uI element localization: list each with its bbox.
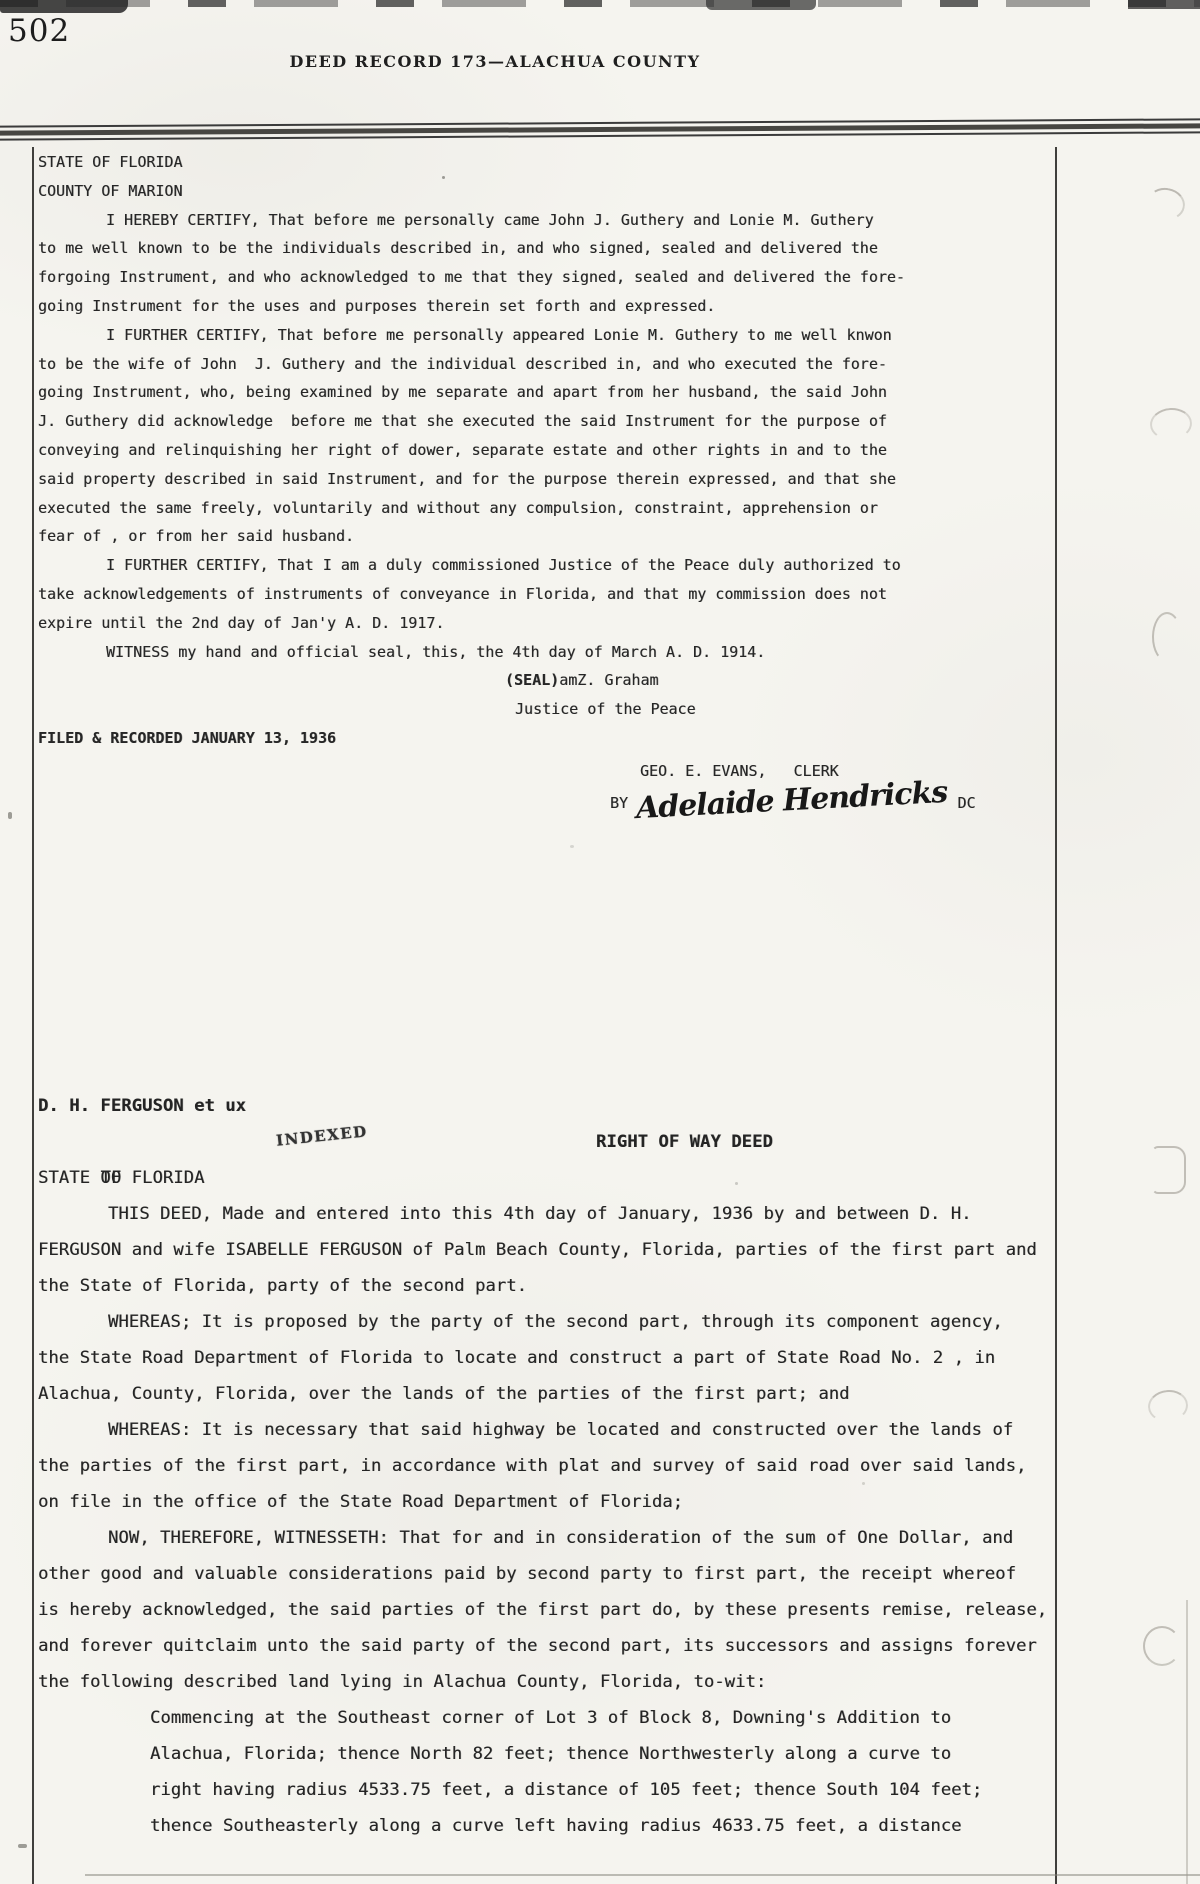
certificate-line: going Instrument for the uses and purpos…	[38, 292, 1052, 321]
bottom-scan-edge	[85, 1874, 1200, 1876]
deed-line: on file in the office of the State Road …	[38, 1484, 1052, 1520]
certificate-line: fear of , or from her said husband.	[38, 522, 1052, 551]
torn-paper-edge-blob	[0, 0, 128, 13]
filed-recorded-line: FILED & RECORDED JANUARY 13, 1936	[38, 724, 1052, 753]
deed-line: the following described land lying in Al…	[38, 1664, 1052, 1700]
certificate-line: going Instrument, who, being examined by…	[38, 378, 1052, 407]
seal-label: (SEAL)	[505, 671, 559, 689]
scanned-deed-record-page: 502 DEED RECORD 173—ALACHUA COUNTY STATE…	[0, 0, 1200, 1884]
deed-to-row: TO INDEXED RIGHT OF WAY DEED	[38, 1124, 1052, 1160]
ink-speck	[18, 1844, 27, 1848]
justice-of-the-peace-title: Justice of the Peace	[515, 695, 1052, 724]
deed-line: the State Road Department of Florida to …	[38, 1340, 1052, 1376]
deed-line: WHEREAS; It is proposed by the party of …	[38, 1304, 1052, 1340]
deed-line: the parties of the first part, in accord…	[38, 1448, 1052, 1484]
header-divider-rule	[0, 118, 1200, 140]
right-of-way-deed-block: D. H. FERGUSON et ux TO INDEXED RIGHT OF…	[38, 1088, 1052, 1844]
deed-grantor: D. H. FERGUSON et ux	[38, 1088, 1052, 1124]
deed-line: other good and valuable considerations p…	[38, 1556, 1052, 1592]
binder-arc-mark	[1152, 1146, 1186, 1194]
torn-paper-edge-blob	[1128, 0, 1200, 9]
deed-line: the State of Florida, party of the secon…	[38, 1268, 1052, 1304]
certificate-line: J. Guthery did acknowledge before me tha…	[38, 407, 1052, 436]
seal-line: (SEAL)amZ. Graham	[505, 666, 1052, 695]
deed-to-label: TO	[100, 1168, 121, 1188]
deed-state-line: STATE OF FLORIDA	[38, 1160, 1052, 1196]
certificate-line: to me well known to be the individuals d…	[38, 234, 1052, 263]
torn-paper-edge-blob	[706, 0, 816, 10]
certificate-line: forgoing Instrument, and who acknowledge…	[38, 263, 1052, 292]
certificate-line: executed the same freely, voluntarily an…	[38, 494, 1052, 523]
ink-speck	[735, 1182, 738, 1185]
deed-description-line: thence Southeasterly along a curve left …	[38, 1808, 1052, 1844]
certificate-line: conveying and relinquishing her right of…	[38, 436, 1052, 465]
deed-line: is hereby acknowledged, the said parties…	[38, 1592, 1052, 1628]
deed-title: RIGHT OF WAY DEED	[596, 1124, 773, 1160]
by-label: BY	[610, 789, 628, 818]
deed-line: and forever quitclaim unto the said part…	[38, 1628, 1052, 1664]
deed-line: THIS DEED, Made and entered into this 4t…	[38, 1196, 1052, 1232]
binder-arc-mark	[1152, 612, 1182, 662]
certificate-line: COUNTY OF MARION	[38, 177, 1052, 206]
page-number: 502	[8, 13, 70, 49]
deed-line: Alachua, County, Florida, over the lands…	[38, 1376, 1052, 1412]
binder-arc-mark	[1145, 185, 1188, 223]
notary-certificate-block: STATE OF FLORIDA COUNTY OF MARION I HERE…	[38, 148, 1052, 822]
ink-speck	[570, 845, 574, 848]
left-border-line	[32, 147, 34, 1884]
certificate-line: I HEREBY CERTIFY, That before me persona…	[38, 206, 1052, 235]
right-border-line	[1055, 147, 1057, 1884]
deed-description-line: Commencing at the Southeast corner of Lo…	[38, 1700, 1052, 1736]
deed-description-line: Alachua, Florida; thence North 82 feet; …	[38, 1736, 1052, 1772]
binder-arc-mark	[1149, 407, 1193, 442]
deed-line: FERGUSON and wife ISABELLE FERGUSON of P…	[38, 1232, 1052, 1268]
certificate-line: to be the wife of John J. Guthery and th…	[38, 350, 1052, 379]
page-header-title: DEED RECORD 173—ALACHUA COUNTY	[0, 52, 990, 71]
certificate-line: I FURTHER CERTIFY, That I am a duly comm…	[38, 551, 1052, 580]
certificate-line: expire until the 2nd day of Jan'y A. D. …	[38, 609, 1052, 638]
deed-line: WHEREAS: It is necessary that said highw…	[38, 1412, 1052, 1448]
deputy-signature-row: BYAdelaide HendricksDC	[610, 786, 1052, 822]
indexed-stamp: INDEXED	[275, 1122, 368, 1149]
deed-description-line: right having radius 4533.75 feet, a dist…	[38, 1772, 1052, 1808]
ink-speck	[442, 176, 445, 179]
binder-arc-mark	[1143, 1626, 1181, 1666]
certificate-line: take acknowledgements of instruments of …	[38, 580, 1052, 609]
binder-arc-mark	[1146, 1388, 1189, 1424]
right-page-edge	[1186, 1600, 1188, 1884]
certificate-line: WITNESS my hand and official seal, this,…	[38, 638, 1052, 667]
certificate-line: I FURTHER CERTIFY, That before me person…	[38, 321, 1052, 350]
dc-label: DC	[958, 789, 976, 818]
torn-paper-edge	[0, 0, 1200, 7]
certificate-line: said property described in said Instrume…	[38, 465, 1052, 494]
ink-speck	[862, 1482, 865, 1485]
seal-signer-name: amZ. Graham	[559, 671, 658, 689]
deed-line: NOW, THEREFORE, WITNESSETH: That for and…	[38, 1520, 1052, 1556]
certificate-line: STATE OF FLORIDA	[38, 148, 1052, 177]
ink-speck	[8, 812, 12, 819]
